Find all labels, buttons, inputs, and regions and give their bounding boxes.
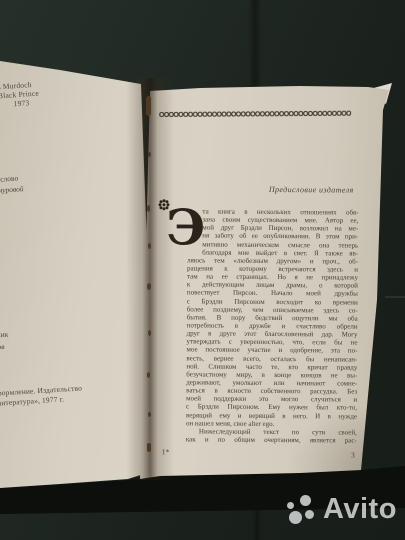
text-line: как и по общим очертаниям, является рас- bbox=[186, 435, 357, 444]
right-page-content: Предисловие издателя Э та книга в нескол… bbox=[186, 83, 360, 464]
book-photo: is Murdoch Black Prince 1973 еслово муро… bbox=[0, 0, 405, 540]
credit-line: ник bbox=[0, 329, 9, 341]
binding-stain bbox=[148, 152, 151, 157]
binding-stain bbox=[147, 205, 150, 212]
book-gutter-shadow bbox=[126, 78, 174, 480]
binding-stain bbox=[148, 412, 151, 417]
binding-stain bbox=[146, 96, 151, 116]
body-text: та книга в нескольких отношениях обя- за… bbox=[186, 207, 359, 444]
avito-brand-text: Avito bbox=[323, 494, 397, 525]
signature-mark: 1* bbox=[162, 447, 170, 456]
avito-watermark: Avito bbox=[287, 494, 397, 525]
credit-name: ов bbox=[0, 340, 9, 352]
background-crease bbox=[248, 0, 262, 92]
afterword-credit: еслово муровой bbox=[0, 172, 24, 196]
binding-stain bbox=[147, 372, 150, 378]
back-cover-edge bbox=[385, 296, 405, 298]
credit-name: муровой bbox=[0, 183, 24, 196]
artist-credit: ник ов bbox=[0, 329, 9, 353]
binding-stain bbox=[147, 283, 151, 290]
binding-stain bbox=[147, 443, 151, 452]
binding-stain bbox=[148, 243, 151, 249]
imprint-line: 1973 bbox=[13, 98, 39, 109]
rosette-ornament-icon bbox=[162, 203, 165, 206]
page-footer: 1* 3 bbox=[162, 447, 357, 448]
avito-logo-icon bbox=[287, 494, 318, 525]
binding-stain bbox=[148, 330, 151, 336]
page-number: 3 bbox=[351, 451, 355, 460]
chain-ornament-rule bbox=[159, 109, 351, 118]
original-title-imprint: is Murdoch Black Prince 1973 bbox=[0, 81, 40, 110]
chapter-header: Предисловие издателя bbox=[269, 185, 354, 195]
